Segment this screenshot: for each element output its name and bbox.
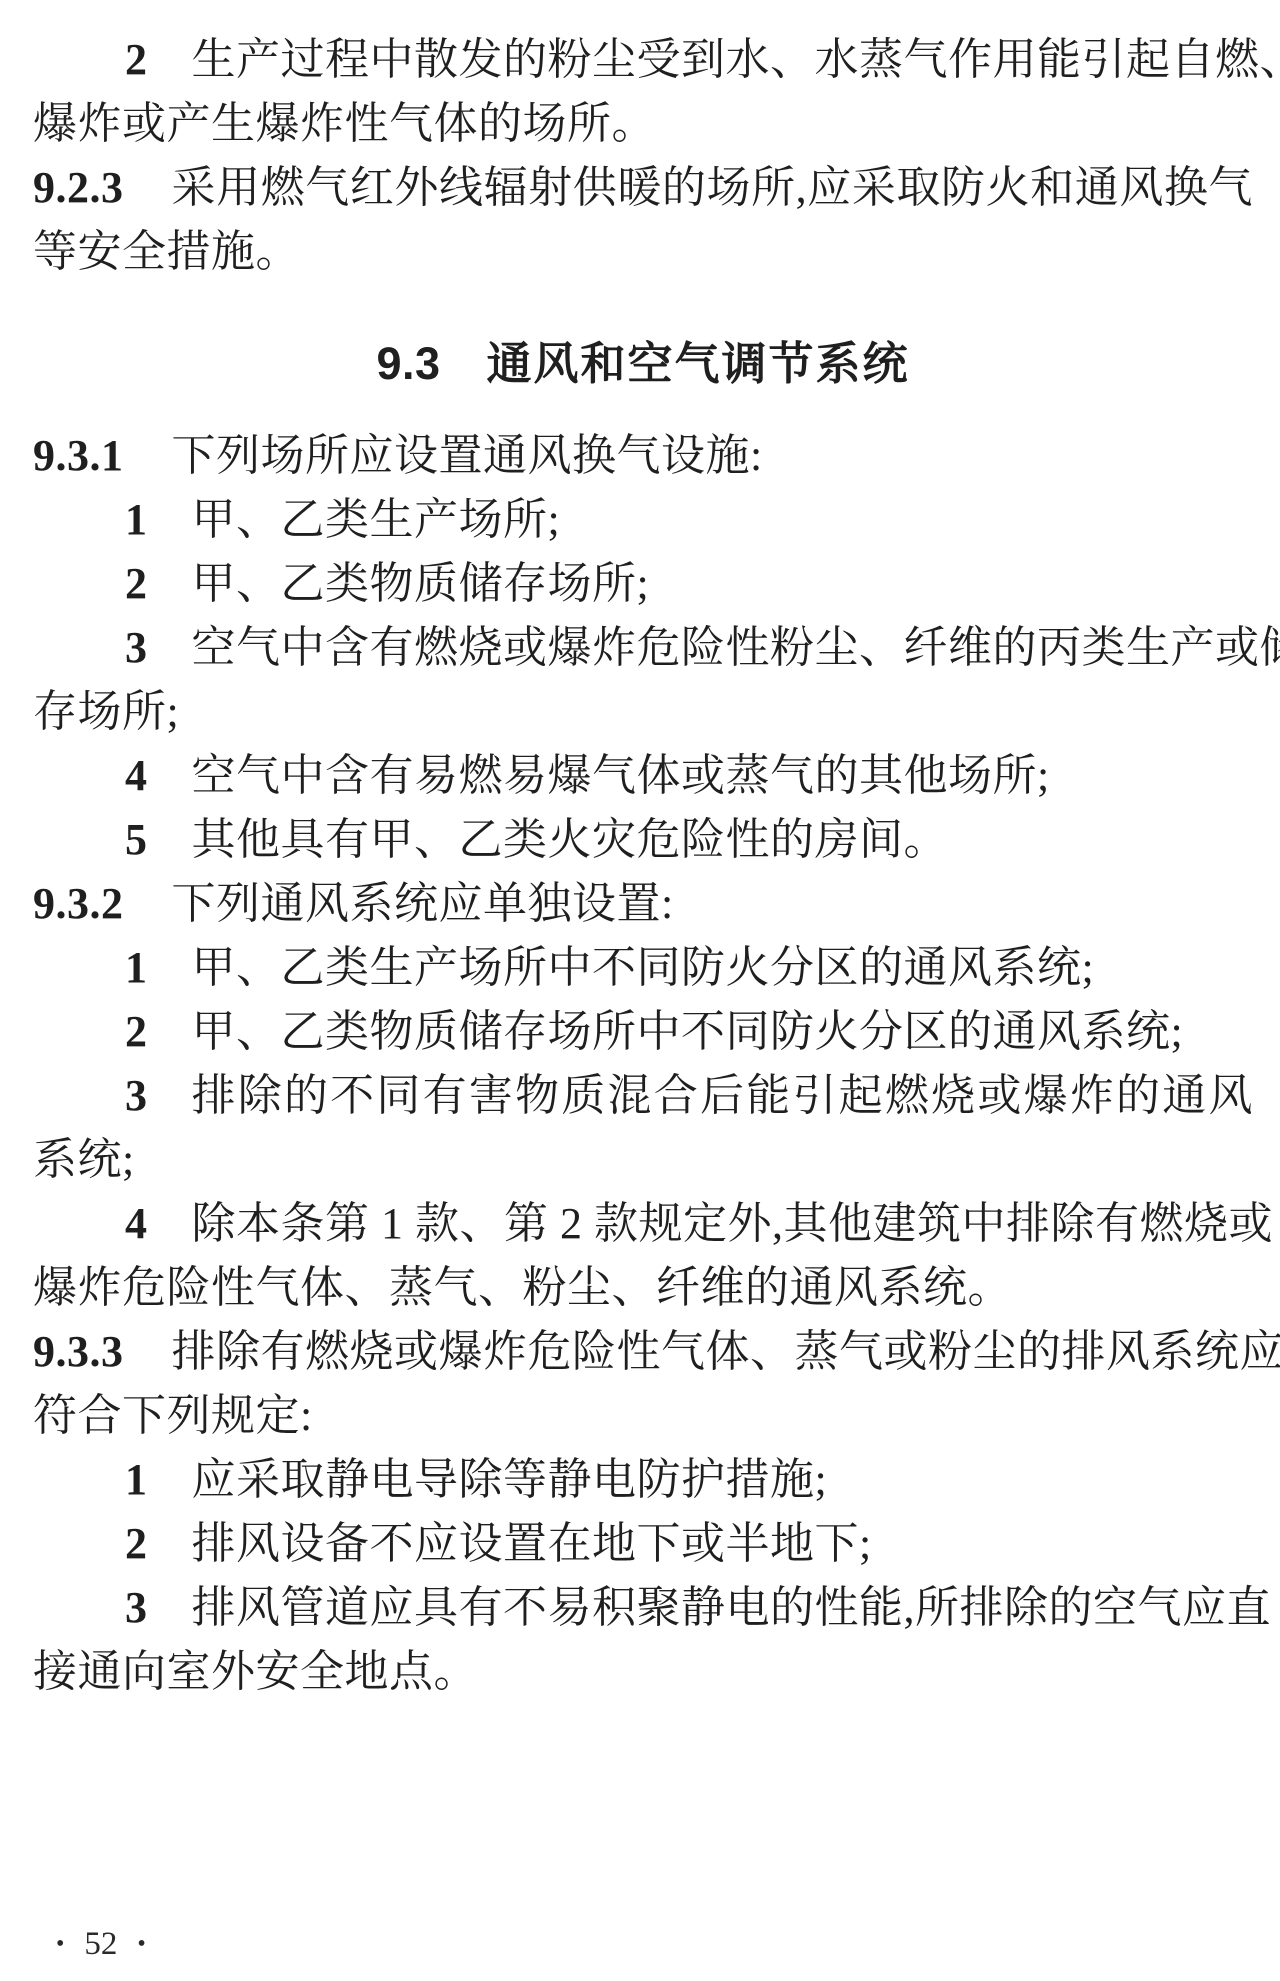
text-line: 爆炸或产生爆炸性气体的场所。 (33, 92, 1253, 156)
line-text: 爆炸或产生爆炸性气体的场所。 (33, 92, 656, 156)
text-line: 2甲、乙类物质储存场所中不同防火分区的通风系统; (33, 1000, 1253, 1064)
text-line: 2排风设备不应设置在地下或半地下; (33, 1512, 1253, 1576)
line-text: 下列场所应设置通风换气设施: (172, 424, 763, 488)
item-number: 3 (125, 1064, 148, 1128)
text-line: 接通向室外安全地点。 (33, 1640, 1253, 1704)
text-line: 1应采取静电导除等静电防护措施; (33, 1448, 1253, 1512)
line-text: 下列通风系统应单独设置: (172, 872, 674, 936)
text-line: 3排风管道应具有不易积聚静电的性能,所排除的空气应直 (33, 1576, 1253, 1640)
page-footer: • 52 • (56, 1926, 146, 1963)
text-line: 9.2.3采用燃气红外线辐射供暖的场所,应采取防火和通风换气 (33, 156, 1253, 220)
line-text: 存场所; (33, 680, 179, 744)
item-number: 3 (125, 616, 148, 680)
item-number: 4 (125, 1192, 148, 1256)
item-number: 1 (125, 488, 148, 552)
line-text: 生产过程中散发的粉尘受到水、水蒸气作用能引起自燃、 (192, 28, 1280, 92)
heading-number: 9.3 (376, 332, 440, 396)
page-number: 52 (84, 1926, 117, 1963)
line-text: 除本条第 1 款、第 2 款规定外,其他建筑中排除有燃烧或 (192, 1192, 1274, 1256)
line-text: 甲、乙类生产场所中不同防火分区的通风系统; (192, 936, 1095, 1000)
text-line: 1甲、乙类生产场所; (33, 488, 1253, 552)
clause-number: 9.3.1 (33, 424, 124, 488)
text-line: 9.3.2下列通风系统应单独设置: (33, 872, 1253, 936)
item-number: 1 (125, 936, 148, 1000)
section-heading: 9.3通风和空气调节系统 (33, 332, 1253, 396)
line-text: 甲、乙类生产场所; (192, 488, 561, 552)
text-line: 9.3.1下列场所应设置通风换气设施: (33, 424, 1253, 488)
line-text: 等安全措施。 (33, 220, 300, 284)
line-text: 空气中含有易燃易爆气体或蒸气的其他场所; (192, 744, 1050, 808)
text-line: 2生产过程中散发的粉尘受到水、水蒸气作用能引起自燃、 (33, 28, 1253, 92)
footer-dot-right: • (137, 1928, 145, 1961)
line-text: 采用燃气红外线辐射供暖的场所,应采取防火和通风换气 (172, 156, 1254, 220)
line-text: 爆炸危险性气体、蒸气、粉尘、纤维的通风系统。 (33, 1256, 1012, 1320)
item-number: 1 (125, 1448, 148, 1512)
text-line: 爆炸危险性气体、蒸气、粉尘、纤维的通风系统。 (33, 1256, 1253, 1320)
text-column: 2生产过程中散发的粉尘受到水、水蒸气作用能引起自燃、爆炸或产生爆炸性气体的场所。… (33, 28, 1253, 1704)
text-line: 9.3.3排除有燃烧或爆炸危险性气体、蒸气或粉尘的排风系统应 (33, 1320, 1253, 1384)
text-line: 2甲、乙类物质储存场所; (33, 552, 1253, 616)
line-text: 接通向室外安全地点。 (33, 1640, 478, 1704)
line-text: 甲、乙类物质储存场所中不同防火分区的通风系统; (192, 1000, 1184, 1064)
line-text: 排除有燃烧或爆炸危险性气体、蒸气或粉尘的排风系统应 (172, 1320, 1280, 1384)
line-text: 其他具有甲、乙类火灾危险性的房间。 (192, 808, 949, 872)
item-number: 4 (125, 744, 148, 808)
line-text: 系统; (33, 1128, 135, 1192)
heading-title: 通风和空气调节系统 (487, 332, 910, 396)
document-page: 2生产过程中散发的粉尘受到水、水蒸气作用能引起自燃、爆炸或产生爆炸性气体的场所。… (0, 0, 1280, 1981)
text-line: 1甲、乙类生产场所中不同防火分区的通风系统; (33, 936, 1253, 1000)
text-line: 符合下列规定: (33, 1384, 1253, 1448)
footer-dot-left: • (56, 1928, 64, 1961)
text-line: 5其他具有甲、乙类火灾危险性的房间。 (33, 808, 1253, 872)
line-text: 空气中含有燃烧或爆炸危险性粉尘、纤维的丙类生产或储 (192, 616, 1280, 680)
text-line: 4空气中含有易燃易爆气体或蒸气的其他场所; (33, 744, 1253, 808)
text-line: 3空气中含有燃烧或爆炸危险性粉尘、纤维的丙类生产或储 (33, 616, 1253, 680)
item-number: 2 (125, 28, 148, 92)
clause-number: 9.3.3 (33, 1320, 124, 1384)
clause-number: 9.2.3 (33, 156, 124, 220)
line-text: 应采取静电导除等静电防护措施; (192, 1448, 828, 1512)
item-number: 2 (125, 1000, 148, 1064)
line-text: 甲、乙类物质储存场所; (192, 552, 650, 616)
text-line: 存场所; (33, 680, 1253, 744)
text-line: 系统; (33, 1128, 1253, 1192)
text-line: 4除本条第 1 款、第 2 款规定外,其他建筑中排除有燃烧或 (33, 1192, 1253, 1256)
item-number: 3 (125, 1576, 148, 1640)
clause-number: 9.3.2 (33, 872, 124, 936)
line-text: 符合下列规定: (33, 1384, 313, 1448)
text-line: 等安全措施。 (33, 220, 1253, 284)
line-text: 排风设备不应设置在地下或半地下; (192, 1512, 872, 1576)
line-text: 排除的不同有害物质混合后能引起燃烧或爆炸的通风 (192, 1064, 1254, 1128)
item-number: 5 (125, 808, 148, 872)
item-number: 2 (125, 552, 148, 616)
text-line: 3排除的不同有害物质混合后能引起燃烧或爆炸的通风 (33, 1064, 1253, 1128)
item-number: 2 (125, 1512, 148, 1576)
line-text: 排风管道应具有不易积聚静电的性能,所排除的空气应直 (192, 1576, 1272, 1640)
